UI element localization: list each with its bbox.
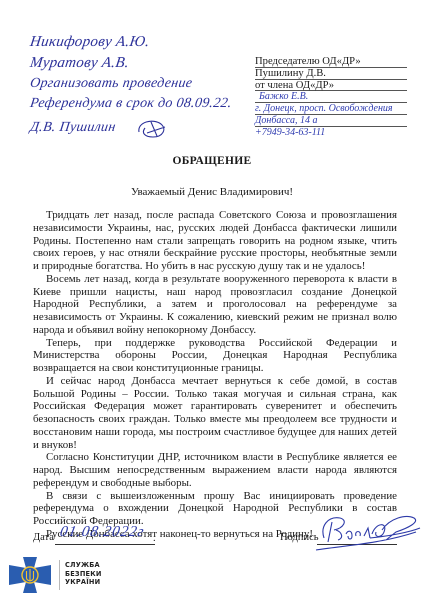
paragraph: Теперь, при поддержке руководства Россий… [33,337,397,375]
date-label: Дата [33,532,54,543]
resolution-signature: Д.В. Пушилин [29,120,117,136]
paragraph: Восемь лет назад, когда в результате воо… [33,273,397,337]
paragraph: Тридцать лет назад, после распада Советс… [33,209,397,273]
sbu-cross-emblem-icon [8,556,52,594]
resolution-line: Муратову А.В. [29,55,130,72]
date-value: 01.08.2022г [59,524,146,541]
logo-text-line: УКРАЇНИ [65,578,102,587]
sender-address: г. Донецк, просп. Освобождения [255,103,407,115]
recipient-line: Председателю ОД«ДР» [255,56,407,68]
logo-text: СЛУЖБА БЕЗПЕКИ УКРАЇНИ [65,561,102,587]
logo-divider [59,560,60,590]
sender-name: Бажко Е.В. [255,91,407,103]
recipient-line: Пушилину Д.В. [255,68,407,80]
letter-body: Тридцать лет назад, после распада Советс… [33,209,397,541]
resolution-flourish-icon [135,118,169,140]
sender-address: Донбасса, 14 а [255,115,407,127]
paragraph: Согласно Конституции ДНР, источником вла… [33,451,397,489]
signature-scribble-icon [310,510,424,555]
logo-text-line: СЛУЖБА [65,561,102,570]
resolution-line: Никифорову А.Ю. [29,34,151,51]
paragraph: И сейчас народ Донбасса мечтает вернутьс… [33,375,397,452]
sender-phone: +7949-34-63-111 [255,127,407,139]
date-trailing-dot: . [153,533,156,544]
logo-text-line: БЕЗПЕКИ [65,570,102,579]
recipient-block: Председателю ОД«ДР» Пушилину Д.В. от чле… [255,56,407,139]
greeting: Уважаемый Денис Владимирович! [0,186,424,198]
resolution-line: Референдума в срок до 08.09.22. [29,96,233,112]
document-title: ОБРАЩЕНИЕ [0,155,424,167]
recipient-line: от члена ОД«ДР» [255,80,407,92]
date-underline [55,544,155,545]
resolution-line: Организовать проведение [29,76,193,92]
sbu-logo: СЛУЖБА БЕЗПЕКИ УКРАЇНИ [6,556,102,594]
